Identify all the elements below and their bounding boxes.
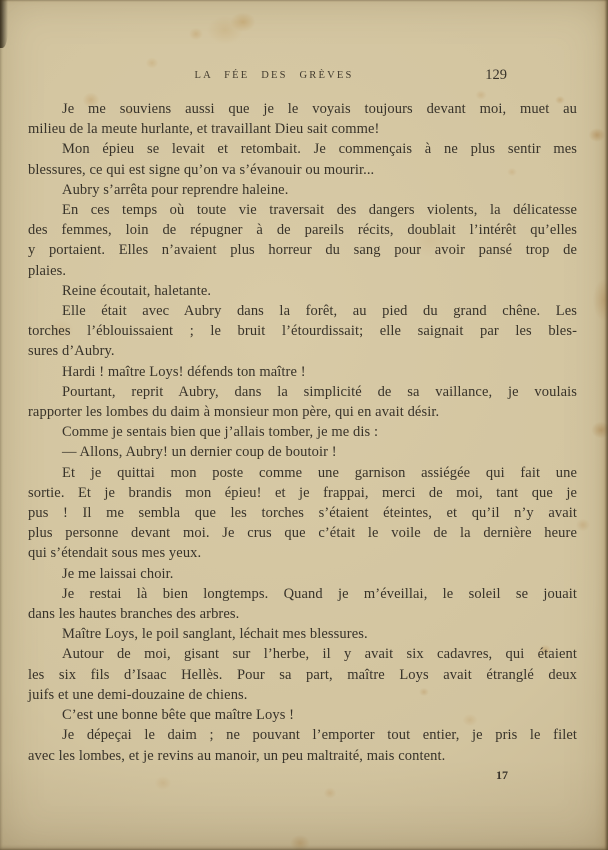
text-line: Comme je sentais bien que j’allais tombe… (28, 422, 577, 442)
paragraph: Je restai là bien longtemps. Quand je m’… (28, 584, 577, 624)
text-line: des femmes, loin de répugner à de pareil… (28, 220, 577, 240)
text-line: Je me souviens aussi que je le voyais to… (28, 99, 577, 119)
text-line: torches l’éblouissaient ; le bruit l’éto… (28, 321, 577, 341)
text-line: Maître Loys, le poil sanglant, léchait m… (28, 624, 577, 644)
text-line: avec les lombes, et je revins au manoir,… (28, 746, 577, 766)
paragraph: Autour de moi, gisant sur l’herbe, il y … (28, 644, 577, 705)
text-line: Elle était avec Aubry dans la forêt, au … (28, 301, 577, 321)
paragraph: Reine écoutait, haletante. (28, 281, 577, 301)
text-line: plaies. (28, 261, 577, 281)
paragraph: Hardi ! maître Loys! défends ton maître … (28, 362, 577, 382)
page-body: Je me souviens aussi que je le voyais to… (28, 99, 577, 766)
paragraph: Comme je sentais bien que j’allais tombe… (28, 422, 577, 442)
text-line: sures d’Aubry. (28, 341, 577, 361)
page-number: 129 (485, 67, 507, 84)
paragraph: Je me laissai choir. (28, 564, 577, 584)
text-line: Aubry s’arrêta pour reprendre haleine. (28, 180, 577, 200)
paragraph: — Allons, Aubry! un dernier coup de bout… (28, 442, 577, 462)
text-line: rapporter les lombes du daim à monsieur … (28, 402, 577, 422)
text-line: En ces temps où toute vie traversait des… (28, 200, 577, 220)
text-line: Je restai là bien longtemps. Quand je m’… (28, 584, 577, 604)
paragraph: Maître Loys, le poil sanglant, léchait m… (28, 624, 577, 644)
paragraph: Pourtant, reprit Aubry, dans la simplici… (28, 382, 577, 422)
text-line: les six fils d’Isaac Hellès. Pour sa par… (28, 665, 577, 685)
paragraph: En ces temps où toute vie traversait des… (28, 200, 577, 281)
text-line: Je me laissai choir. (28, 564, 577, 584)
paragraph: Je dépeçai le daim ; ne pouvant l’emport… (28, 725, 577, 765)
text-line: juifs et une demi-douzaine de chiens. (28, 685, 577, 705)
text-line: plus personne devant moi. Je crus que c’… (28, 523, 577, 543)
text-line: Je dépeçai le daim ; ne pouvant l’emport… (28, 725, 577, 745)
text-line: Et je quittai mon poste comme une garnis… (28, 463, 577, 483)
text-line: sortie. Et je brandis mon épieu! et je f… (28, 483, 577, 503)
running-title: LA FÉE DES GRÈVES (194, 70, 353, 81)
text-line: Autour de moi, gisant sur l’herbe, il y … (28, 644, 577, 664)
paragraph: Mon épieu se levait et retombait. Je com… (28, 139, 577, 179)
text-line: C’est une bonne bête que maître Loys ! (28, 705, 577, 725)
page-header: LA FÉE DES GRÈVES 129 (28, 67, 578, 85)
text-line: blessures, ce qui est signe qu’on va s’é… (28, 160, 577, 180)
text-line: milieu de la meute hurlante, et travaill… (28, 119, 577, 139)
paragraph: C’est une bonne bête que maître Loys ! (28, 705, 577, 725)
text-line: Pourtant, reprit Aubry, dans la simplici… (28, 382, 577, 402)
paragraph: Aubry s’arrêta pour reprendre haleine. (28, 180, 577, 200)
text-line: qui s’étendait sous mes yeux. (28, 543, 577, 563)
paragraph: Et je quittai mon poste comme une garnis… (28, 463, 577, 564)
paragraph: Je me souviens aussi que je le voyais to… (28, 99, 577, 139)
text-line: pus ! Il me sembla que les torches s’éta… (28, 503, 577, 523)
signature-mark: 17 (496, 768, 508, 783)
text-line: Mon épieu se levait et retombait. Je com… (28, 139, 577, 159)
text-line: Hardi ! maître Loys! défends ton maître … (28, 362, 577, 382)
scan-corner-shadow (0, 0, 8, 48)
text-line: Reine écoutait, haletante. (28, 281, 577, 301)
text-line: y portaient. Elles n’avaient plus horreu… (28, 240, 577, 260)
paragraph: Elle était avec Aubry dans la forêt, au … (28, 301, 577, 362)
text-line: — Allons, Aubry! un dernier coup de bout… (28, 442, 577, 462)
scanned-book-page: LA FÉE DES GRÈVES 129 Je me souviens aus… (0, 0, 608, 850)
text-line: dans les hautes branches des arbres. (28, 604, 577, 624)
